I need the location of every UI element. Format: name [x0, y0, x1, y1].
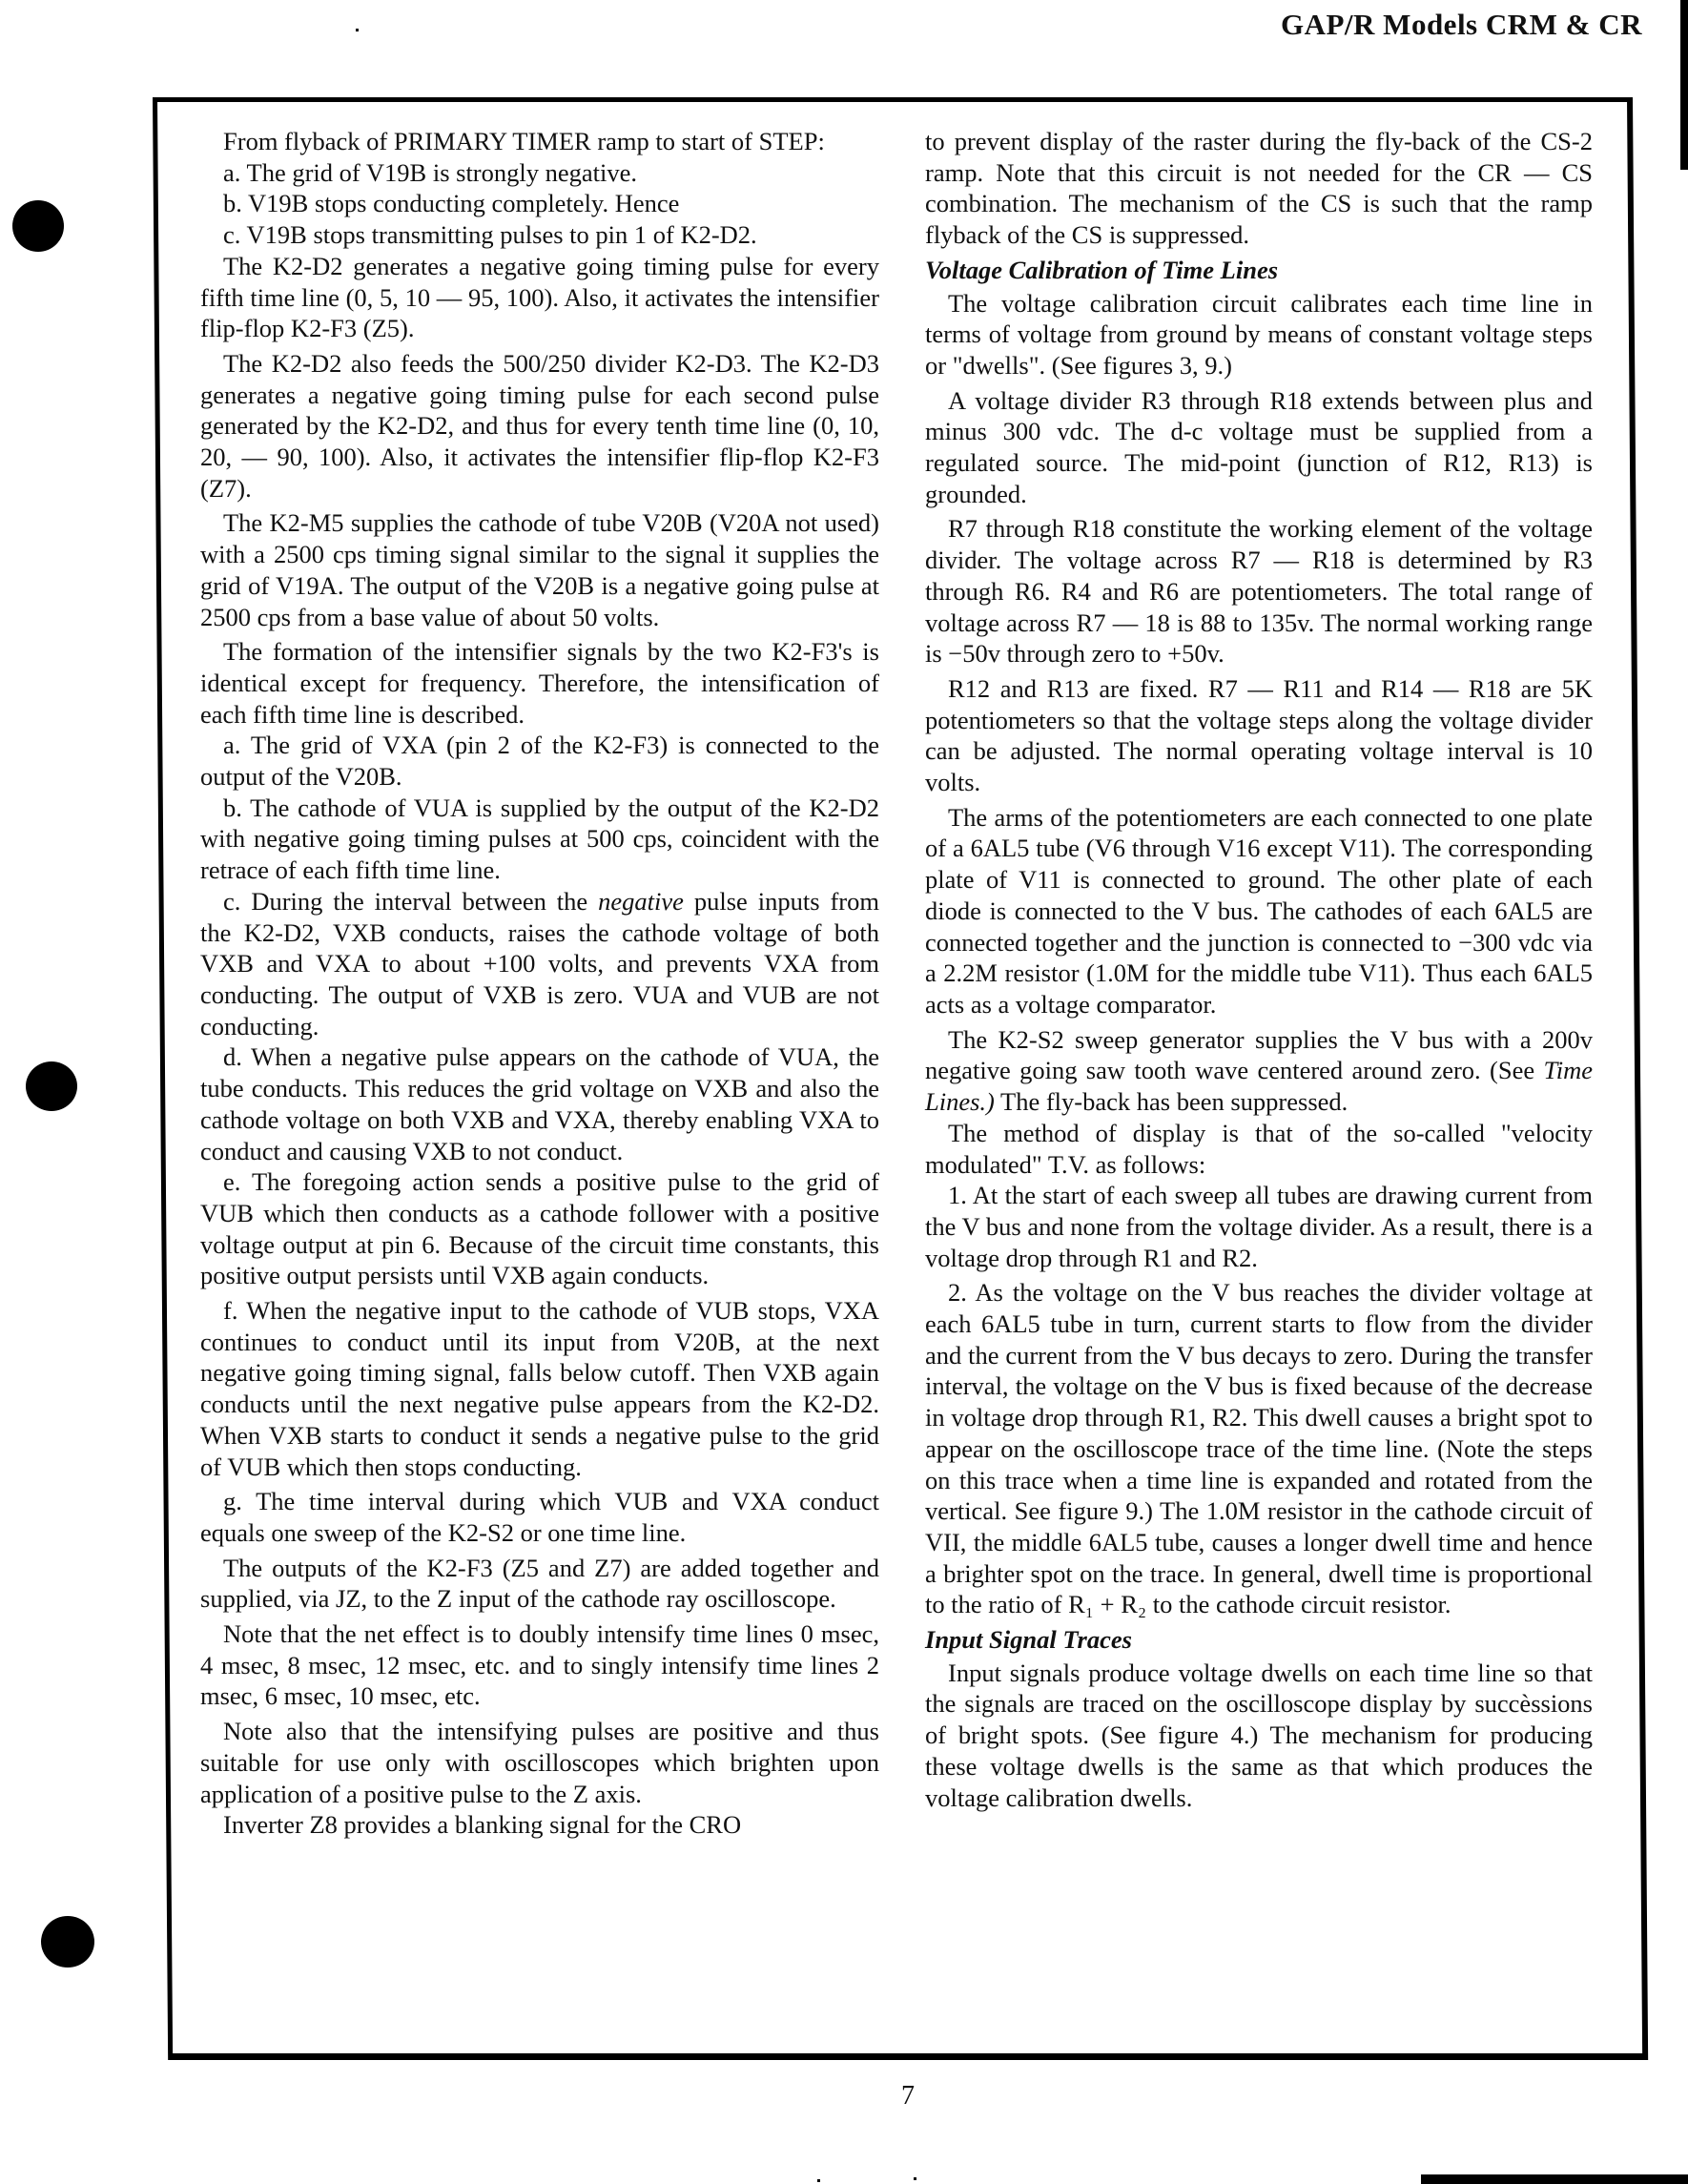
paragraph: The voltage calibration circuit calibrat… [925, 288, 1593, 381]
section-heading-voltage-calibration: Voltage Calibration of Time Lines [925, 255, 1593, 286]
scan-speck [817, 2179, 820, 2182]
list-item: f. When the negative input to the cathod… [200, 1295, 879, 1482]
list-item: b. The cathode of VUA is supplied by the… [200, 793, 879, 886]
emphasis-text: negative [598, 887, 684, 916]
list-item: 1. At the start of each sweep all tubes … [925, 1180, 1593, 1273]
punch-hole-top [12, 200, 64, 252]
list-item: c. V19B stops transmitting pulses to pin… [200, 219, 879, 251]
paragraph-text: The fly-back has been suppressed. [995, 1087, 1348, 1116]
scan-bottom-bar [1421, 2174, 1688, 2184]
scan-speck [356, 29, 359, 31]
list-item: 2. As the voltage on the V bus reaches t… [925, 1277, 1593, 1620]
paragraph: R7 through R18 constitute the working el… [925, 513, 1593, 670]
paragraph: From flyback of PRIMARY TIMER ramp to st… [200, 126, 879, 157]
list-item: b. V19B stops conducting completely. Hen… [200, 188, 879, 219]
paragraph: The arms of the potentiometers are each … [925, 802, 1593, 1020]
paragraph: Note that the net effect is to doubly in… [200, 1618, 879, 1712]
paragraph: A voltage divider R3 through R18 extends… [925, 385, 1593, 510]
paragraph: The K2-M5 supplies the cathode of tube V… [200, 507, 879, 632]
punch-hole-middle [26, 1061, 77, 1111]
scan-speck [914, 2177, 916, 2180]
list-item-text: c. During the interval between the [223, 887, 598, 916]
paragraph: The outputs of the K2-F3 (Z5 and Z7) are… [200, 1553, 879, 1615]
scan-edge-bar [1680, 0, 1688, 170]
list-item: a. The grid of V19B is strongly negative… [200, 157, 879, 189]
paragraph: The K2-D2 generates a negative going tim… [200, 251, 879, 344]
list-item: g. The time interval during which VUB an… [200, 1486, 879, 1548]
paragraph: Input signals produce voltage dwells on … [925, 1658, 1593, 1814]
paragraph: The formation of the intensifier signals… [200, 636, 879, 730]
paragraph: The K2-D2 also feeds the 500/250 divider… [200, 348, 879, 505]
left-column: From flyback of PRIMARY TIMER ramp to st… [200, 126, 879, 1841]
paragraph: R12 and R13 are fixed. R7 — R11 and R14 … [925, 673, 1593, 798]
paragraph: Note also that the intensifying pulses a… [200, 1716, 879, 1809]
paragraph: Inverter Z8 provides a blanking signal f… [200, 1809, 879, 1841]
section-heading-input-signal-traces: Input Signal Traces [925, 1624, 1593, 1656]
paragraph: The K2-S2 sweep generator supplies the V… [925, 1024, 1593, 1118]
running-head: GAP/R Models CRM & CR [1281, 8, 1642, 42]
list-item: d. When a negative pulse appears on the … [200, 1041, 879, 1166]
page-number: 7 [901, 2081, 915, 2112]
punch-hole-bottom [41, 1916, 94, 1968]
paragraph: to prevent display of the raster during … [925, 126, 1593, 251]
list-item: e. The foregoing action sends a positive… [200, 1166, 879, 1291]
paragraph: The method of display is that of the so-… [925, 1118, 1593, 1180]
right-column: to prevent display of the raster during … [925, 126, 1593, 1813]
paragraph-text: The K2-S2 sweep generator supplies the V… [925, 1025, 1593, 1085]
list-item: c. During the interval between the negat… [200, 886, 879, 1042]
list-item: a. The grid of VXA (pin 2 of the K2-F3) … [200, 730, 879, 792]
